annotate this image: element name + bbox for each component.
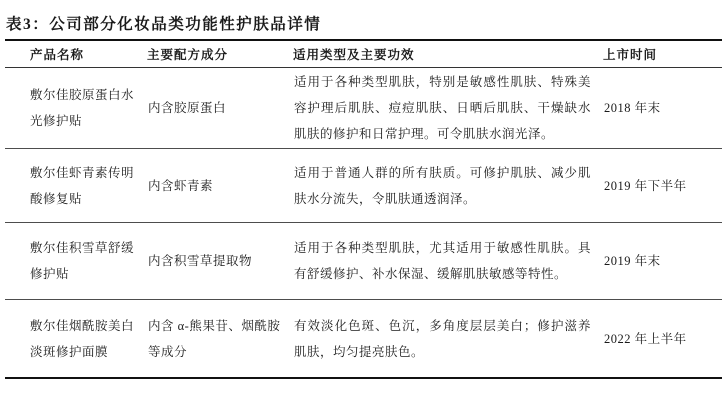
ingredients-cell: 内含胶原蛋白 [147,68,293,149]
table-row: 敷尔佳胶原蛋白水光修护贴 内含胶原蛋白 适用于各种类型肌肤，特别是敏感性肌肤、特… [5,68,722,149]
product-name-cell: 敷尔佳虾青素传明酸修复贴 [5,149,147,223]
efficacy-cell: 有效淡化色斑、色沉，多角度层层美白；修护滋养肌肤，均匀提亮肤色。 [293,300,603,379]
ingredients-cell: 内含 α-熊果苷、烟酰胺等成分 [147,300,293,379]
col-header-efficacy: 适用类型及主要功效 [293,41,603,68]
report-table-page: 表3：公司部分化妆品类功能性护肤品详情 产品名称 主要配方成分 适用类型及主要功… [0,0,726,402]
table-row: 敷尔佳积雪草舒缓修护贴 内含积雪草提取物 适用于各种类型肌肤，尤其适用于敏感性肌… [5,223,722,300]
efficacy-cell: 适用于各种类型肌肤，特别是敏感性肌肤、特殊美容护理后肌肤、痘痘肌肤、日晒后肌肤、… [293,68,603,149]
table-row: 敷尔佳虾青素传明酸修复贴 内含虾青素 适用于普通人群的所有肤质。可修护肌肤、减少… [5,149,722,223]
launch-date-cell: 2019 年末 [603,223,722,300]
launch-date-cell: 2019 年下半年 [603,149,722,223]
col-header-ingredients: 主要配方成分 [147,41,293,68]
product-table: 产品名称 主要配方成分 适用类型及主要功效 上市时间 敷尔佳胶原蛋白水光修护贴 … [5,41,722,379]
launch-date-cell: 2022 年上半年 [603,300,722,379]
ingredients-cell: 内含积雪草提取物 [147,223,293,300]
efficacy-cell: 适用于普通人群的所有肤质。可修护肌肤、减少肌肤水分流失，令肌肤通透润泽。 [293,149,603,223]
col-header-launch-date: 上市时间 [603,41,722,68]
launch-date-cell: 2018 年末 [603,68,722,149]
col-header-product-name: 产品名称 [5,41,147,68]
ingredients-cell: 内含虾青素 [147,149,293,223]
table-row: 敷尔佳烟酰胺美白淡斑修护面膜 内含 α-熊果苷、烟酰胺等成分 有效淡化色斑、色沉… [5,300,722,379]
efficacy-cell: 适用于各种类型肌肤，尤其适用于敏感性肌肤。具有舒缓修护、补水保湿、缓解肌肤敏感等… [293,223,603,300]
product-name-cell: 敷尔佳胶原蛋白水光修护贴 [5,68,147,149]
header-row: 产品名称 主要配方成分 适用类型及主要功效 上市时间 [5,41,722,68]
product-name-cell: 敷尔佳积雪草舒缓修护贴 [5,223,147,300]
product-name-cell: 敷尔佳烟酰胺美白淡斑修护面膜 [5,300,147,379]
table-title: 表3：公司部分化妆品类功能性护肤品详情 [5,12,722,41]
